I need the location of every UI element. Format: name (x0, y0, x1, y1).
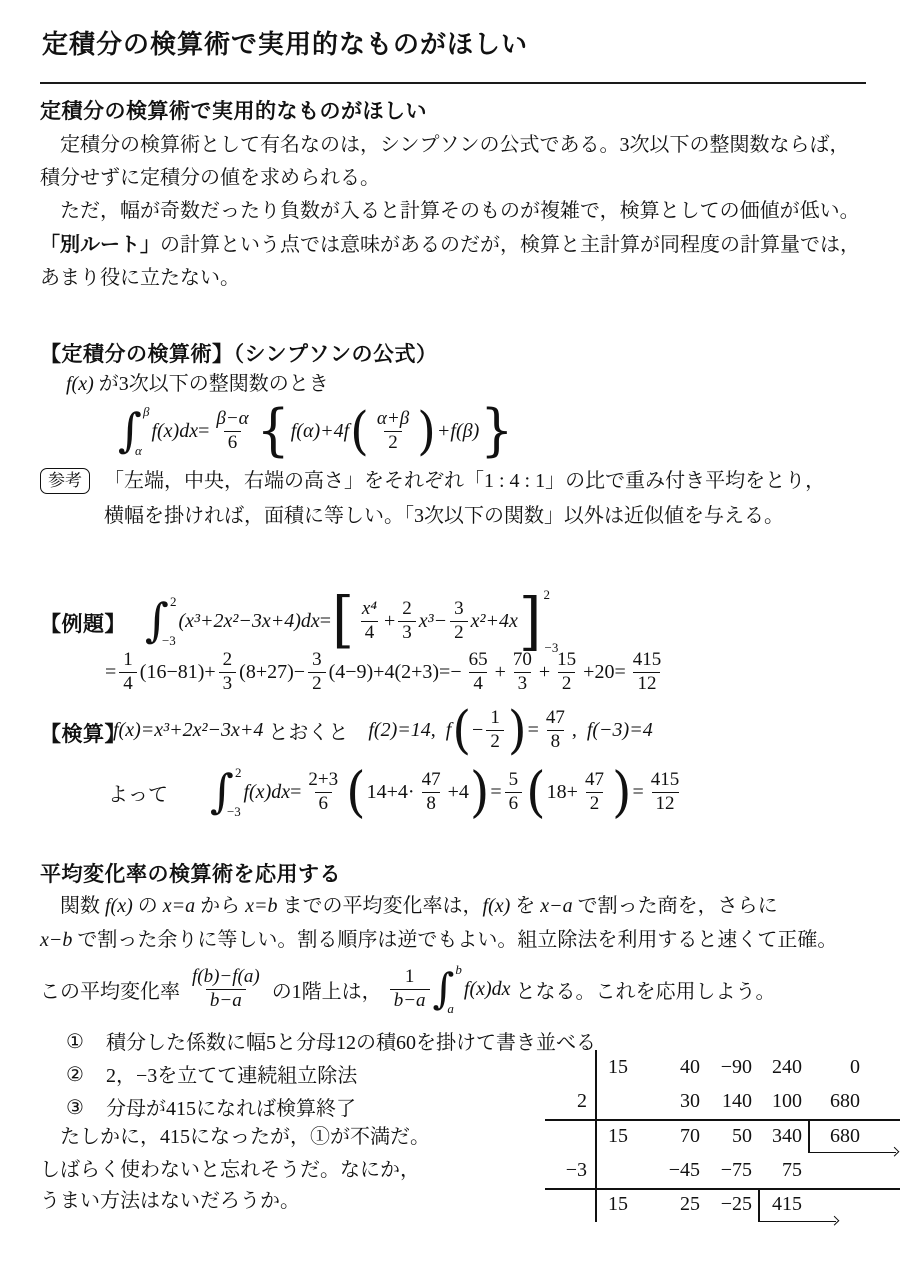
numerator: 415 (647, 770, 684, 792)
denominator: 6 (315, 792, 333, 815)
numerator: 15 (553, 650, 580, 672)
table-row: 1540−902400 (545, 1054, 860, 1080)
math-text: = (632, 781, 643, 804)
denominator: 2 (308, 672, 326, 695)
text-run: の計算という点では意味があるのだが，検算と主計算が同程度の計算量では， (160, 234, 860, 256)
step-text: 2，−3を立てて連続組立除法 (106, 1059, 357, 1088)
math-text: + (384, 610, 395, 633)
upper-limit: 2 (170, 595, 177, 608)
table-value-cell: 140 (700, 1090, 752, 1113)
numerator: 2+3 (304, 770, 342, 792)
table-value-cell: −45 (628, 1159, 700, 1182)
big-delimiter: ) (417, 405, 436, 457)
math-text: + (539, 661, 550, 684)
text-run: までの平均変化率は， (278, 895, 483, 917)
numerator: f(b)−f(a) (188, 967, 264, 989)
denominator: 3 (514, 672, 532, 695)
math-text: f(x)dx (151, 420, 198, 443)
math-text: f(x)=x³+2x²−3x+4 (113, 719, 263, 742)
paragraph-line: あまり役に立たない。 (40, 267, 240, 290)
table-sum-rule (545, 1119, 900, 1121)
math-var: x=a (163, 895, 195, 917)
fraction: 478 (542, 708, 569, 753)
text-run: を (510, 895, 540, 917)
simpson-formula: ∫βαf(x)dx=β−α6{f(α)+4f(α+β2)+f(β)} (118, 402, 514, 460)
math-text: とおくと (263, 716, 368, 745)
text-run: が3次以下の整関数のとき (94, 373, 329, 395)
math-text: , (431, 719, 446, 742)
integral-limits: ba (454, 961, 462, 1017)
carry-bracket-line (808, 1119, 810, 1152)
math-text: f (446, 719, 452, 742)
text-run: 関数 (40, 895, 105, 917)
numerator: α+β (373, 409, 413, 431)
lower-limit: α (135, 444, 149, 457)
text-run: で割った余りに等しい。割る順序は逆でもよい。組立除法を利用すると速くて正確。 (72, 929, 837, 951)
integral: ∫2−3 (210, 764, 241, 820)
denominator: 12 (633, 672, 660, 695)
math-var: f(x) (483, 895, 511, 917)
fraction: 32 (450, 599, 468, 644)
numerator: β−α (212, 409, 252, 431)
step-text: 分母が415になれば検算終了 (106, 1092, 356, 1121)
table-value-cell: 75 (752, 1159, 802, 1182)
numerator: 2 (219, 650, 237, 672)
table-value-cell: −75 (700, 1159, 752, 1182)
table-row: 230140100680 (545, 1088, 860, 1114)
table-row: 157050340680 (545, 1123, 860, 1149)
text-run: の (133, 895, 163, 917)
emphasis-run: 「別ルート」 (40, 234, 160, 256)
avg-formula-line: この平均変化率 f(b)−f(a)b−a の1階上は， 1b−a∫baf(x)d… (40, 960, 776, 1018)
math-var: x=b (245, 895, 277, 917)
math-text: (4−9)+4(2+3)=− (329, 661, 462, 684)
carry-arrow (808, 1152, 896, 1153)
denominator: b−a (206, 989, 246, 1012)
step-text: 積分した係数に幅5と分母12の積60を掛けて書き並べる (106, 1026, 596, 1055)
numerator: 2 (398, 599, 416, 621)
big-delimiter: ( (526, 765, 546, 819)
table-value-cell: 25 (628, 1193, 700, 1216)
big-delimiter: ( (452, 704, 471, 756)
math-text: = (320, 610, 331, 633)
page-title: 定積分の検算術で実用的なものがほしい (42, 24, 528, 61)
math-var: f(x) (105, 895, 133, 917)
integral: ∫2−3 (145, 593, 176, 649)
math-text: f(α)+4f (291, 420, 349, 443)
table-multiplier-cell: 2 (545, 1090, 587, 1113)
math-var: x−a (540, 895, 572, 917)
table-value-cell: 15 (587, 1193, 628, 1216)
math-text: +f(β) (437, 420, 479, 443)
numerator: 65 (465, 650, 492, 672)
math-text: の1階上は， (267, 975, 387, 1004)
table-value-cell: 680 (802, 1090, 860, 1113)
numerator: 47 (542, 708, 569, 730)
math-text: +4 (448, 781, 469, 804)
big-delimiter: ) (612, 765, 632, 819)
step-number: ① (66, 1029, 92, 1053)
numerator: 415 (629, 650, 666, 672)
denominator: 2 (486, 730, 504, 753)
fraction: 14 (119, 650, 137, 695)
numerator: 70 (509, 650, 536, 672)
denominator: 6 (505, 792, 523, 815)
closing-line: うまい方法はないだろうか。 (40, 1190, 300, 1213)
reference-line: 横幅を掛ければ，面積に等しい。「3次以下の関数」以外は近似値を与える。 (104, 505, 784, 528)
upper-limit: β (143, 405, 149, 418)
table-value-cell: −90 (700, 1056, 752, 1079)
closing-line: しばらく使わないと忘れそうだ。なにか， (40, 1159, 420, 1182)
numerator: 1 (486, 708, 504, 730)
math-text: = (528, 719, 539, 742)
fraction: β−α6 (212, 409, 252, 454)
fraction: 56 (505, 770, 523, 815)
fraction: f(b)−f(a)b−a (188, 967, 264, 1012)
integral-limits: βα (142, 403, 149, 459)
steps-list: ①積分した係数に幅5と分母12の積60を掛けて書き並べる ②2，−3を立てて連続… (66, 1024, 596, 1123)
table-value-cell: 340 (752, 1125, 802, 1148)
math-text: となる。これを応用しよう。 (511, 975, 776, 1004)
fraction: 478 (418, 770, 445, 815)
fraction: 703 (509, 650, 536, 695)
denominator: 8 (422, 792, 440, 815)
denominator: 4 (119, 672, 137, 695)
step-number: ③ (66, 1095, 92, 1119)
paragraph-line: 「別ルート」の計算という点では意味があるのだが，検算と主計算が同程度の計算量では… (40, 234, 860, 257)
fraction: x⁴4 (358, 599, 381, 644)
math-text: f(−3)=4 (587, 719, 653, 742)
carry-bracket-line (758, 1188, 760, 1221)
math-text: x²+4x (471, 610, 518, 633)
math-text: よって (108, 778, 168, 807)
denominator: 12 (652, 792, 679, 815)
check-formula-line2: よって∫2−3f(x)dx=2+36(14+4·478+4)=56(18+472… (108, 762, 686, 822)
denominator: 4 (361, 621, 379, 644)
table-row: 1525−25415 (545, 1191, 860, 1217)
lower-limit: −3 (227, 805, 242, 818)
math-text: f(2)=14 (368, 719, 430, 742)
math-text: +20= (583, 661, 626, 684)
table-value-cell: 100 (752, 1090, 802, 1113)
example-formula-line2: =14(16−81)+23(8+27)−32(4−9)+4(2+3)=−654+… (105, 644, 668, 700)
reference-label: 参考 (40, 468, 90, 494)
fraction: α+β2 (373, 409, 413, 454)
fraction: 152 (553, 650, 580, 695)
simpson-condition: f(x) が3次以下の整関数のとき (66, 373, 329, 396)
math-text: = (198, 420, 209, 443)
table-value-cell: 15 (587, 1056, 628, 1079)
table-value-cell: 50 (700, 1125, 752, 1148)
step-item: ③分母が415になれば検算終了 (66, 1090, 596, 1123)
fraction: 23 (219, 650, 237, 695)
paragraph-line: x−b で割った余りに等しい。割る順序は逆でもよい。組立除法を利用すると速くて正… (40, 929, 837, 952)
math-var: f(x) (66, 373, 94, 395)
math-text: (x³+2x²−3x+4)dx (178, 610, 319, 633)
simpson-heading: 【定積分の検算術】（シンプソンの公式） (40, 338, 437, 368)
math-text: f(x)dx (243, 781, 290, 804)
math-text: + (495, 661, 506, 684)
denominator: 3 (219, 672, 237, 695)
table-value-cell: 30 (628, 1090, 700, 1113)
big-delimiter: ) (508, 704, 527, 756)
big-delimiter: [ (332, 591, 354, 651)
fraction: 23 (398, 599, 416, 644)
example-label: 【例題】 (40, 608, 126, 638)
fraction: 41512 (647, 770, 684, 815)
table-value-cell: 680 (802, 1125, 860, 1148)
big-delimiter: ( (350, 405, 369, 457)
check-formula-line1: f(x)=x³+2x²−3x+4 とおくと f(2)=14, f(−12)=47… (113, 702, 653, 758)
denominator: 3 (398, 621, 416, 644)
step-number: ② (66, 1062, 92, 1086)
denominator: 2 (586, 792, 604, 815)
numerator: 1 (401, 967, 419, 989)
table-multiplier-cell: −3 (545, 1159, 587, 1182)
table-value-cell: 40 (628, 1056, 700, 1079)
text-run: で割った商を，さらに (573, 895, 778, 917)
math-text: (8+27)− (239, 661, 305, 684)
table-value-cell: 240 (752, 1056, 802, 1079)
numerator: 47 (418, 770, 445, 792)
title-divider (40, 82, 866, 84)
integral: ∫βα (118, 403, 149, 459)
fraction: 12 (486, 708, 504, 753)
numerator: 3 (308, 650, 326, 672)
carry-arrow (758, 1221, 836, 1222)
math-text: − (472, 719, 483, 742)
table-sum-rule (545, 1188, 900, 1190)
math-text: 18+ (547, 781, 578, 804)
paragraph-line: ただ，幅が奇数だったり負数が入ると計算そのものが複雑で，検算としての価値が低い。 (40, 200, 860, 223)
reference-line: 「左端，中央，右端の高さ」をそれぞれ「1 : 4 : 1」の比で重み付き平均をと… (104, 470, 825, 493)
numerator: 47 (581, 770, 608, 792)
math-text: (16−81)+ (140, 661, 216, 684)
integral-limits: 2−3 (234, 764, 242, 820)
text-run: から (195, 895, 245, 917)
paragraph-line: 関数 f(x) の x=a から x=b までの平均変化率は，f(x) を x−… (40, 895, 778, 918)
math-text: = (105, 661, 116, 684)
math-text: f(x)dx (464, 978, 511, 1001)
math-text: , (572, 719, 587, 742)
upper-limit: b (455, 963, 462, 976)
denominator: b−a (390, 989, 430, 1012)
denominator: 2 (558, 672, 576, 695)
big-delimiter: } (480, 403, 513, 459)
step-item: ②2，−3を立てて連続組立除法 (66, 1057, 596, 1090)
math-text: この平均変化率 (40, 975, 185, 1004)
big-delimiter: ( (346, 765, 366, 819)
closing-line: たしかに，415になったが，①が不満だ。 (40, 1126, 430, 1149)
math-text: 14+4· (367, 781, 415, 804)
fraction: 41512 (629, 650, 666, 695)
fraction: 654 (465, 650, 492, 695)
table-value-cell: −25 (700, 1193, 752, 1216)
fraction: 472 (581, 770, 608, 815)
fraction: 2+36 (304, 770, 342, 815)
paragraph-line: 定積分の検算術として有名なのは，シンプソンの公式である。3次以下の整関数ならば， (40, 134, 850, 157)
table-value-cell: 15 (587, 1125, 628, 1148)
intro-heading: 定積分の検算術で実用的なものがほしい (40, 95, 427, 125)
big-delimiter: { (257, 403, 290, 459)
integral-limits: 2−3 (169, 593, 177, 649)
paragraph-line: 積分せずに定積分の値を求められる。 (40, 167, 380, 190)
numerator: x⁴ (358, 599, 381, 621)
math-text: = (290, 781, 301, 804)
table-value-cell: 70 (628, 1125, 700, 1148)
math-var: x−b (40, 929, 72, 951)
denominator: 2 (384, 431, 402, 454)
numerator: 3 (450, 599, 468, 621)
fraction: 32 (308, 650, 326, 695)
step-item: ①積分した係数に幅5と分母12の積60を掛けて書き並べる (66, 1024, 596, 1057)
table-row: −3−45−7575 (545, 1157, 860, 1183)
math-text: x³− (419, 610, 447, 633)
division-table: 1540−902400230140100680157050340680−3−45… (545, 1048, 905, 1233)
lower-limit: a (447, 1002, 462, 1015)
denominator: 4 (469, 672, 487, 695)
big-delimiter: ) (470, 765, 490, 819)
denominator: 6 (224, 431, 242, 454)
table-value-cell: 0 (802, 1056, 860, 1079)
integral: ∫ba (433, 961, 462, 1017)
math-text: = (490, 781, 501, 804)
document-page: 定積分の検算術で実用的なものがほしい 定積分の検算術で実用的なものがほしい 定積… (0, 0, 905, 1280)
numerator: 5 (505, 770, 523, 792)
denominator: 2 (450, 621, 468, 644)
numerator: 1 (119, 650, 137, 672)
denominator: 8 (547, 730, 565, 753)
fraction: 1b−a (390, 967, 430, 1012)
upper-limit: 2 (235, 766, 242, 779)
avg-heading: 平均変化率の検算術を応用する (40, 858, 341, 888)
